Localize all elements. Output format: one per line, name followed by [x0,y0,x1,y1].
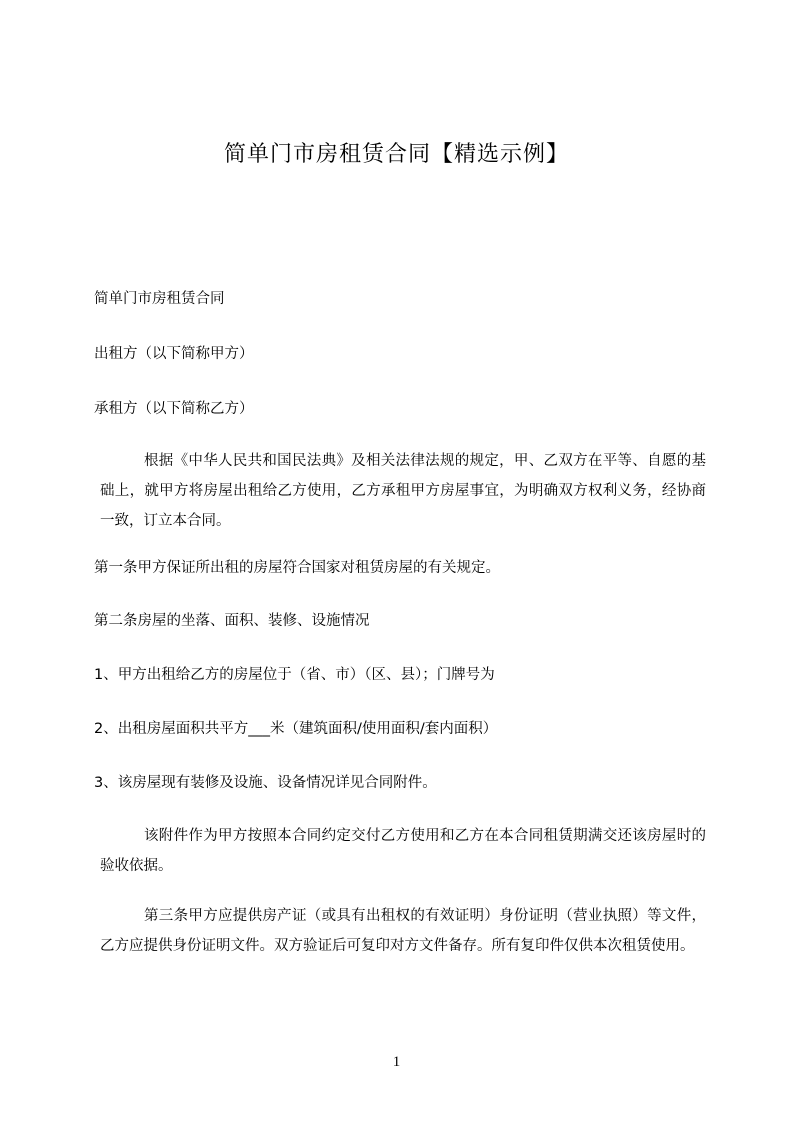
lessee-line: 承租方（以下简称乙方） [94,394,706,424]
article-3: 第三条甲方应提供房产证（或具有出租权的有效证明）身份证明（营业执照）等文件，乙方… [100,901,706,961]
contract-subtitle: 简单门市房租赁合同 [94,284,706,314]
article-2-item-2: 2、出租房屋面积共平方___米（建筑面积/使用面积/套内面积） [94,714,706,744]
article-2-heading: 第二条房屋的坐落、面积、装修、设施情况 [94,606,706,636]
attachment-paragraph: 该附件作为甲方按照本合同约定交付乙方使用和乙方在本合同租赁期满交还该房屋时的验收… [100,821,706,881]
article-2-item-1: 1、甲方出租给乙方的房屋位于（省、市）（区、县）；门牌号为 [94,660,706,690]
article-2-item-3: 3、该房屋现有装修及设施、设备情况详见合同附件。 [94,768,706,798]
page-title: 简单门市房租赁合同【精选示例】 [0,138,793,172]
lessor-line: 出租方（以下简称甲方） [94,339,706,369]
page-number: 1 [0,1054,793,1071]
article-1: 第一条甲方保证所出租的房屋符合国家对租赁房屋的有关规定。 [94,553,706,583]
preamble-paragraph: 根据《中华人民共和国民法典》及相关法律法规的规定，甲、乙双方在平等、自愿的基础上… [100,446,706,536]
